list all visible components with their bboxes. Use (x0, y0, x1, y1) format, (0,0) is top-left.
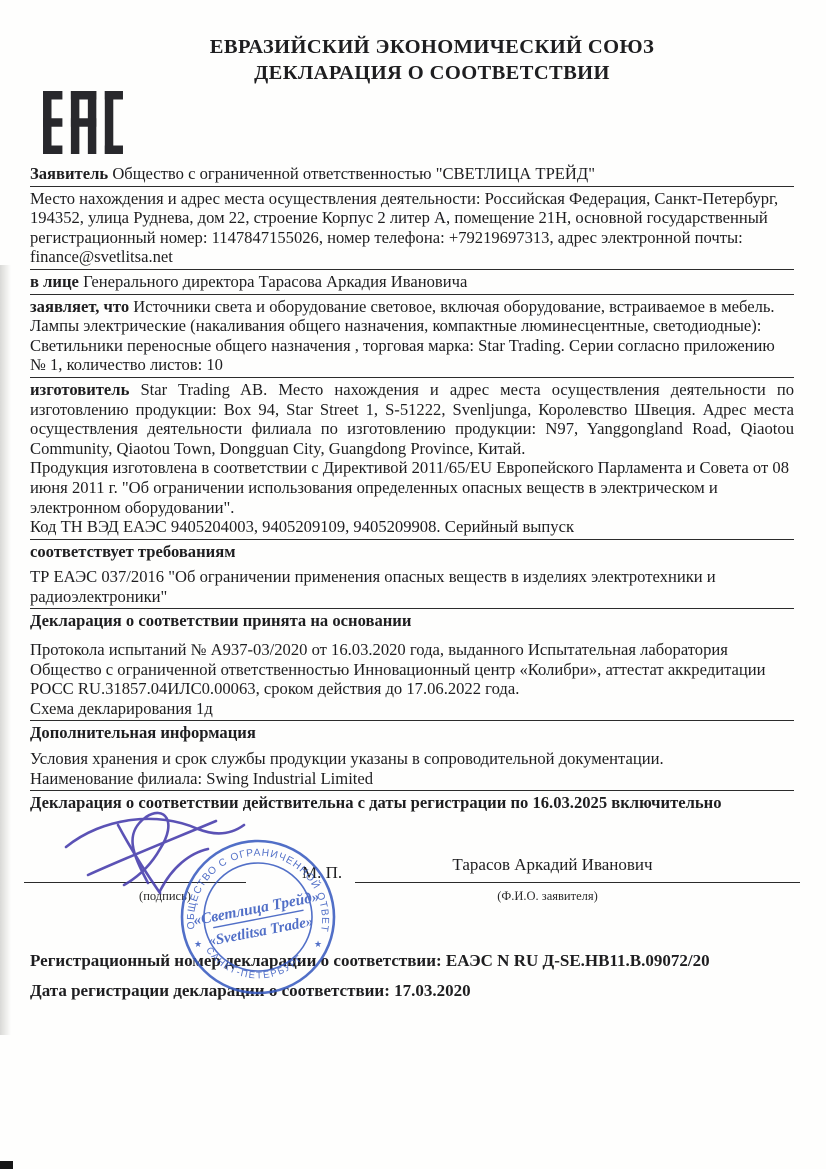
registration-number-line: Регистрационный номер декларации о соотв… (30, 951, 794, 971)
scheme-line: Схема декларирования 1д (30, 699, 794, 719)
basis-text: Протокола испытаний № А937-03/2020 от 16… (30, 640, 794, 699)
manufacturer-paragraph: изготовитель Star Trading AB. Место нахо… (30, 380, 794, 458)
represented-by: Генерального директора Тарасова Аркадия … (83, 272, 467, 291)
section-divider (30, 539, 794, 540)
svg-text:САНКТ-ПЕТЕРБУРГ: САНКТ-ПЕТЕРБУРГ (203, 945, 305, 981)
requirements-text: ТР ЕАЭС 037/2016 "Об ограничении примене… (30, 567, 794, 606)
product-declaration: заявляет, что Источники света и оборудов… (30, 297, 794, 375)
directive-paragraph: Продукция изготовлена в соответствии с Д… (30, 458, 794, 517)
section-divider (30, 720, 794, 721)
applicant-address: Место нахождения и адрес места осуществл… (30, 189, 794, 267)
declares-label: заявляет, что (30, 297, 129, 316)
section-divider (30, 377, 794, 378)
stamp-ring-bottom-text: САНКТ-ПЕТЕРБУРГ (203, 945, 305, 981)
section-divider (30, 269, 794, 270)
applicant-line: Заявитель Общество с ограниченной ответс… (30, 164, 794, 184)
scan-artifact (0, 1161, 13, 1169)
applicant-name: Общество с ограниченной ответственностью… (112, 164, 595, 183)
section-divider (30, 186, 794, 187)
declaration-document: ЕВРАЗИЙСКИЙ ЭКОНОМИЧЕСКИЙ СОЮЗ ДЕКЛАРАЦИ… (0, 0, 826, 1169)
section-divider (30, 790, 794, 791)
signature-block: (подпись) М. П. Тарасов Аркадий Иванович… (30, 819, 794, 937)
name-line (355, 882, 800, 883)
stamp-star-left-icon: ★ (194, 939, 202, 949)
section-divider (30, 294, 794, 295)
section-divider (30, 608, 794, 609)
signer-name-caption: (Ф.И.О. заявителя) (455, 887, 640, 907)
additional-line1: Условия хранения и срок службы продукции… (30, 749, 794, 769)
logo-row (30, 89, 794, 163)
represented-label: в лице (30, 272, 79, 291)
represented-line: в лице Генерального директора Тарасова А… (30, 272, 794, 292)
signer-name: Тарасов Аркадий Иванович (415, 855, 690, 875)
manufacturer-label: изготовитель (30, 380, 129, 399)
complies-heading: соответствует требованиям (30, 542, 794, 562)
scan-shadow-left (0, 265, 11, 1035)
basis-heading: Декларация о соответствии принята на осн… (30, 611, 794, 631)
eac-conformity-mark-icon (43, 91, 123, 154)
document-title-line1: ЕВРАЗИЙСКИЙ ЭКОНОМИЧЕСКИЙ СОЮЗ (70, 34, 794, 60)
manufacturer-info: Star Trading AB. Место нахождения и адре… (30, 380, 794, 458)
product-description: Источники света и оборудование световое,… (30, 297, 775, 375)
company-stamp: ОБЩЕСТВО С ОГРАНИЧЕННОЙ ОТВЕТСТВЕННОСТЬЮ… (178, 837, 338, 997)
applicant-label: Заявитель (30, 164, 108, 183)
additional-line2: Наименование филиала: Swing Industrial L… (30, 769, 794, 789)
document-title-line2: ДЕКЛАРАЦИЯ О СООТВЕТСТВИИ (70, 60, 794, 86)
additional-heading: Дополнительная информация (30, 723, 794, 743)
stamp-star-right-icon: ★ (314, 939, 322, 949)
registration-date-line: Дата регистрации декларации о соответств… (30, 981, 794, 1001)
tnved-line: Код ТН ВЭД ЕАЭС 9405204003, 9405209109, … (30, 517, 794, 537)
